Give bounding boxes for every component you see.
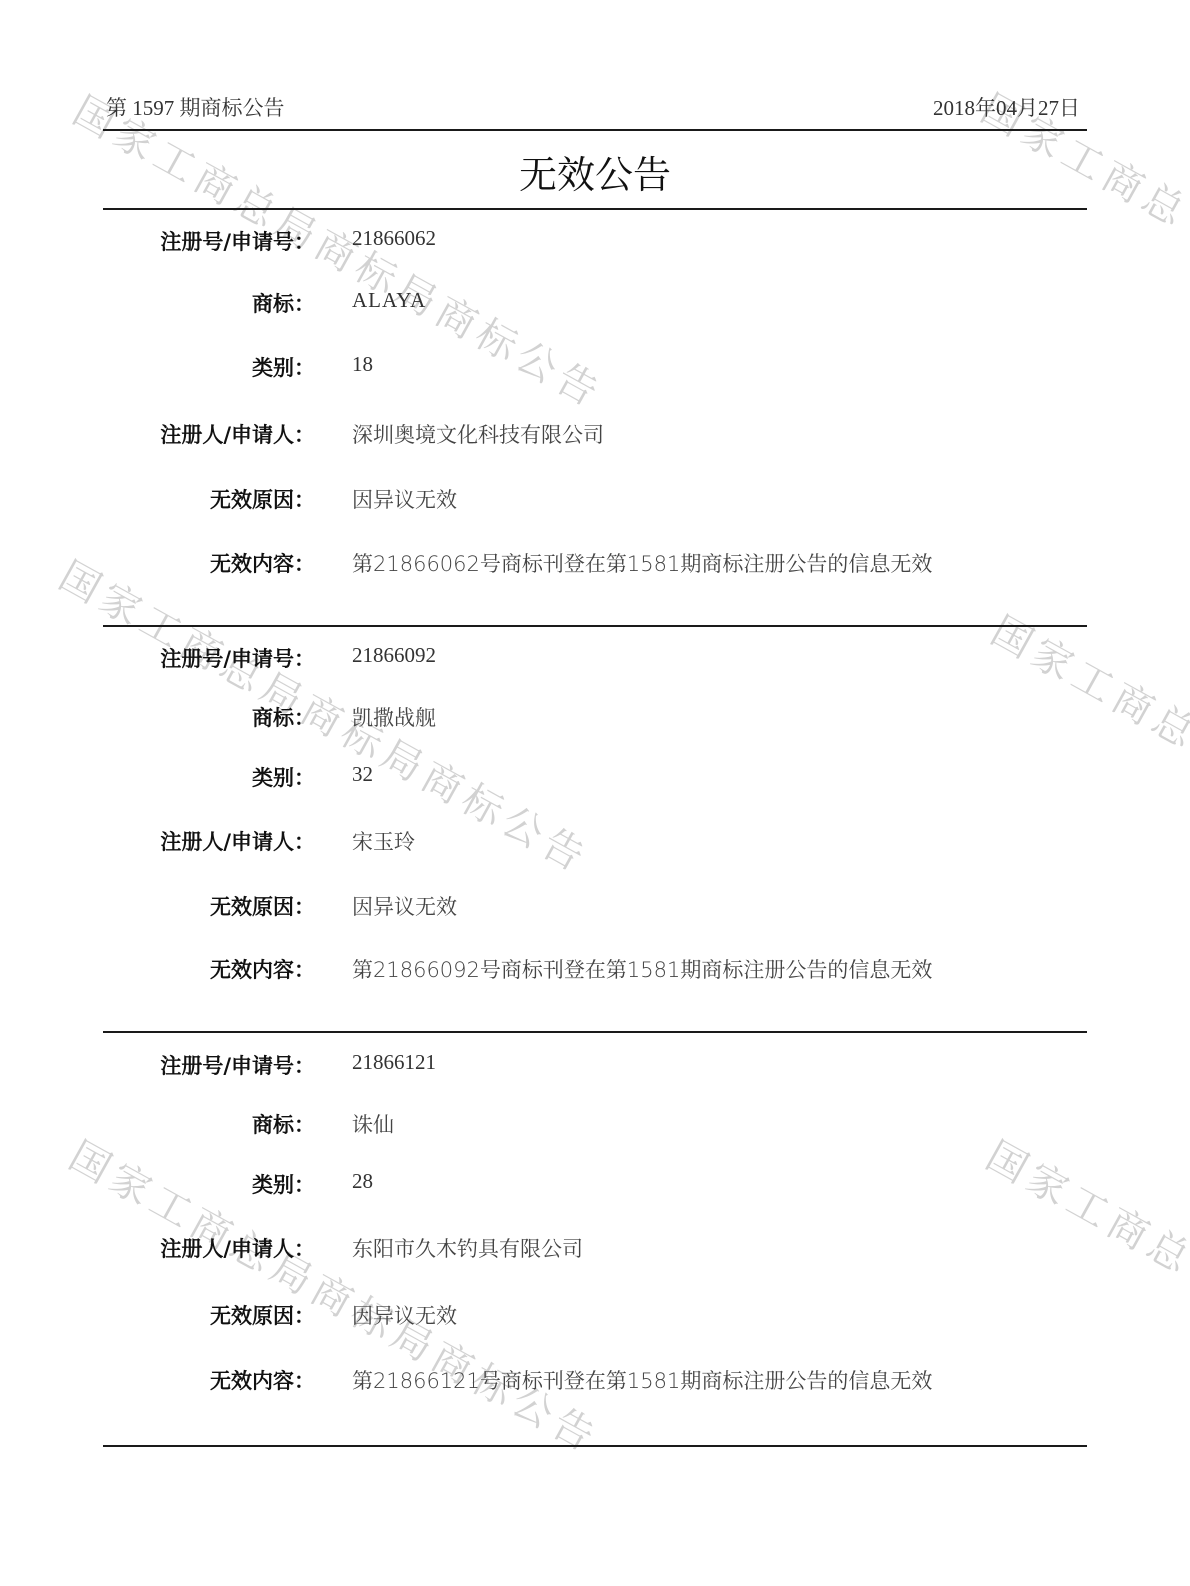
divider	[103, 1031, 1087, 1033]
class-value: 32	[352, 762, 373, 787]
reg-no-value: 21866121	[352, 1050, 436, 1075]
class-value: 28	[352, 1169, 373, 1194]
field-trademark: 商标： 凯撒战舰	[0, 702, 1190, 732]
field-reg-no: 注册号/申请号： 21866062	[0, 226, 1190, 256]
reason-value: 因异议无效	[352, 891, 457, 921]
field-label: 类别：	[252, 1169, 315, 1199]
trademark-value: ALAYA	[352, 288, 426, 313]
reg-no-value: 21866092	[352, 643, 436, 668]
field-label: 商标：	[252, 1109, 315, 1139]
field-class: 类别： 18	[0, 352, 1190, 382]
field-label: 无效原因：	[210, 1300, 315, 1330]
field-reg-no: 注册号/申请号： 21866121	[0, 1050, 1190, 1080]
publish-date: 2018年04月27日	[933, 92, 1080, 122]
field-content: 无效内容： 第21866092号商标刊登在第1581期商标注册公告的信息无效	[0, 954, 1190, 984]
divider	[103, 625, 1087, 627]
registrant-value: 东阳市久木钓具有限公司	[352, 1233, 583, 1263]
field-label: 注册人/申请人：	[160, 1233, 315, 1263]
reason-value: 因异议无效	[352, 484, 457, 514]
field-label: 无效内容：	[210, 1365, 315, 1395]
field-reason: 无效原因： 因异议无效	[0, 891, 1190, 921]
field-label: 商标：	[252, 288, 315, 318]
page-header: 第 1597 期商标公告 2018年04月27日	[106, 92, 1080, 122]
field-label: 无效内容：	[210, 548, 315, 578]
field-trademark: 商标： ALAYA	[0, 288, 1190, 318]
field-label: 注册号/申请号：	[160, 226, 315, 256]
field-label: 商标：	[252, 702, 315, 732]
reg-no-value: 21866062	[352, 226, 436, 251]
content-value: 第21866121号商标刊登在第1581期商标注册公告的信息无效	[352, 1365, 932, 1395]
registrant-value: 宋玉玲	[352, 826, 415, 856]
divider	[103, 208, 1087, 210]
reason-value: 因异议无效	[352, 1300, 457, 1330]
divider	[103, 1445, 1087, 1447]
field-reg-no: 注册号/申请号： 21866092	[0, 643, 1190, 673]
field-class: 类别： 32	[0, 762, 1190, 792]
field-trademark: 商标： 诛仙	[0, 1109, 1190, 1139]
issue-number: 第 1597 期商标公告	[106, 92, 285, 122]
field-label: 无效原因：	[210, 891, 315, 921]
field-registrant: 注册人/申请人： 宋玉玲	[0, 826, 1190, 856]
field-content: 无效内容： 第21866121号商标刊登在第1581期商标注册公告的信息无效	[0, 1365, 1190, 1395]
field-label: 无效内容：	[210, 954, 315, 984]
field-label: 注册号/申请号：	[160, 643, 315, 673]
page-title: 无效公告	[0, 144, 1190, 199]
field-label: 类别：	[252, 352, 315, 382]
field-label: 无效原因：	[210, 484, 315, 514]
field-reason: 无效原因： 因异议无效	[0, 484, 1190, 514]
field-label: 注册人/申请人：	[160, 419, 315, 449]
registrant-value: 深圳奥境文化科技有限公司	[352, 419, 604, 449]
field-registrant: 注册人/申请人： 东阳市久木钓具有限公司	[0, 1233, 1190, 1263]
trademark-value: 凯撒战舰	[352, 702, 436, 732]
class-value: 18	[352, 352, 373, 377]
content-value: 第21866092号商标刊登在第1581期商标注册公告的信息无效	[352, 954, 932, 984]
field-class: 类别： 28	[0, 1169, 1190, 1199]
field-registrant: 注册人/申请人： 深圳奥境文化科技有限公司	[0, 419, 1190, 449]
field-label: 注册人/申请人：	[160, 826, 315, 856]
divider	[103, 129, 1087, 131]
field-reason: 无效原因： 因异议无效	[0, 1300, 1190, 1330]
field-label: 类别：	[252, 762, 315, 792]
field-label: 注册号/申请号：	[160, 1050, 315, 1080]
field-content: 无效内容： 第21866062号商标刊登在第1581期商标注册公告的信息无效	[0, 548, 1190, 578]
trademark-value: 诛仙	[352, 1109, 394, 1139]
content-value: 第21866062号商标刊登在第1581期商标注册公告的信息无效	[352, 548, 932, 578]
